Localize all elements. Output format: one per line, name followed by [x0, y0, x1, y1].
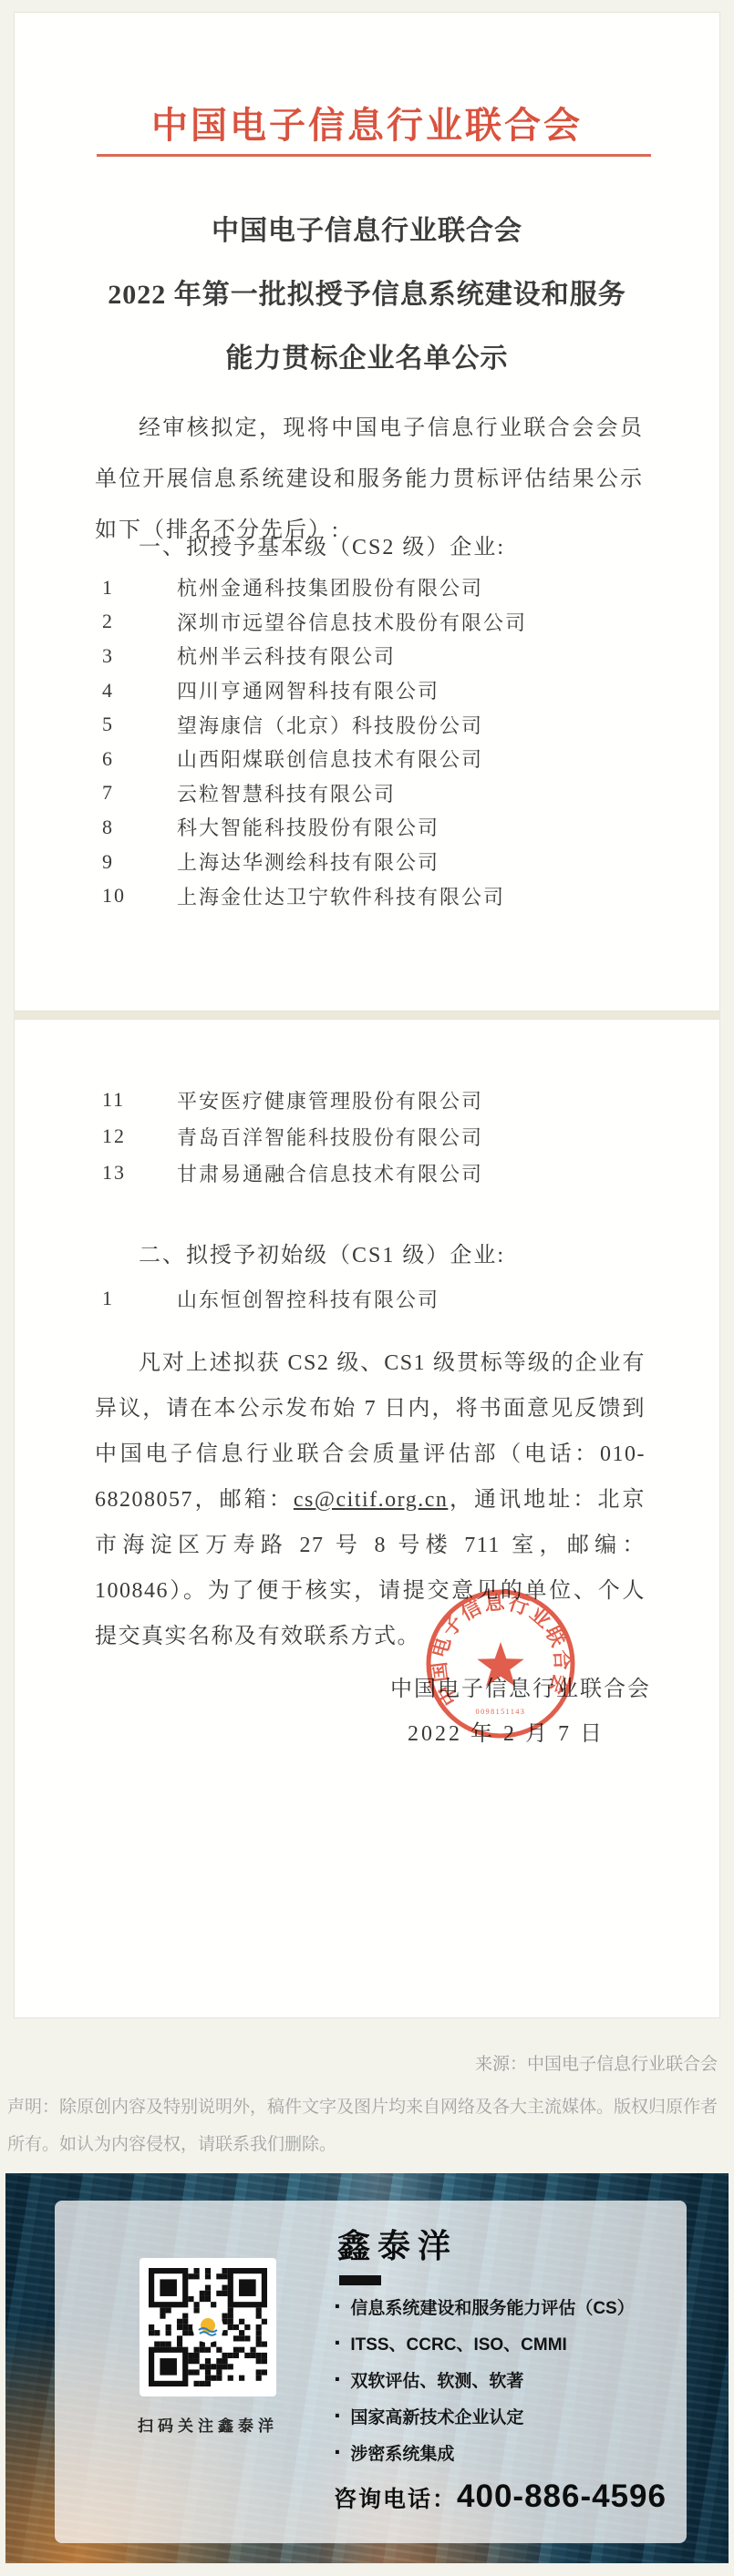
item-number: 7 [102, 781, 177, 805]
cs1-company-list: 1山东恒创智控科技有限公司 [102, 1280, 667, 1317]
item-number: 10 [102, 884, 177, 908]
seal-number: 0098151143 [476, 1708, 526, 1716]
list-item: 13甘肃易通融合信息技术有限公司 [102, 1155, 667, 1191]
list-item: 7云粒智慧科技有限公司 [102, 776, 667, 811]
list-item: 6山西阳煤联创信息技术有限公司 [102, 742, 667, 776]
scanned-page-1: 中国电子信息行业联合会 中国电子信息行业联合会 2022 年第一批拟授予信息系统… [14, 12, 720, 1011]
qr-center-logo [192, 2312, 223, 2343]
item-number: 9 [102, 850, 177, 874]
section-cs2-heading: 一、拟授予基本级（CS2 级）企业: [139, 529, 505, 560]
disclaimer-text: 声明：除原创内容及特别说明外，稿件文字及图片均来自网络及各大主流媒体。版权归原作… [7, 2089, 720, 2163]
item-number: 12 [102, 1124, 177, 1148]
item-name: 云粒智慧科技有限公司 [177, 779, 396, 807]
service-item: 涉密系统集成 [334, 2434, 680, 2470]
qr-finder-bl [149, 2347, 188, 2386]
list-item: 1杭州金通科技集团股份有限公司 [102, 570, 667, 605]
document-title: 中国电子信息行业联合会 2022 年第一批拟授予信息系统建设和服务 能力贯标企业… [15, 200, 719, 391]
list-item: 4四川亨通网智科技有限公司 [102, 673, 667, 708]
item-name: 四川亨通网智科技有限公司 [177, 676, 439, 704]
document-title-line3: 能力贯标企业名单公示 [15, 327, 719, 391]
item-number: 8 [102, 816, 177, 839]
service-item: 双软评估、软测、软著 [334, 2361, 680, 2397]
list-item: 2深圳市远望谷信息技术股份有限公司 [102, 605, 667, 640]
document-title-line2: 2022 年第一批拟授予信息系统建设和服务 [15, 263, 719, 327]
qr-finder-tl [149, 2268, 188, 2307]
page-gap [14, 1011, 720, 1019]
item-name: 山东恒创智控科技有限公司 [177, 1285, 439, 1313]
service-item: 国家高新技术企业认定 [334, 2397, 680, 2434]
qr-code-box [140, 2258, 276, 2396]
service-list: 信息系统建设和服务能力评估（CS） ITSS、CCRC、ISO、CMMI 双软评… [334, 2288, 680, 2470]
letterhead-rule [97, 154, 651, 157]
item-name: 杭州半云科技有限公司 [177, 641, 396, 670]
qr-finder-tr [228, 2268, 267, 2307]
item-name: 望海康信（北京）科技股份公司 [177, 711, 483, 739]
item-number: 3 [102, 644, 177, 668]
item-name: 科大智能科技股份有限公司 [177, 813, 439, 841]
item-name: 上海金仕达卫宁软件科技有限公司 [177, 882, 505, 910]
list-item: 1山东恒创智控科技有限公司 [102, 1280, 667, 1317]
list-item: 8科大智能科技股份有限公司 [102, 810, 667, 845]
scanned-page-2: 11平安医疗健康管理股份有限公司 12青岛百洋智能科技股份有限公司 13甘肃易通… [14, 1019, 720, 2018]
qr-caption: 扫码关注鑫泰洋 [105, 2413, 311, 2436]
service-item: 信息系统建设和服务能力评估（CS） [334, 2288, 680, 2325]
qr-code [149, 2268, 267, 2386]
brand-dash [339, 2275, 381, 2285]
service-item: ITSS、CCRC、ISO、CMMI [334, 2325, 680, 2361]
list-item: 5望海康信（北京）科技股份公司 [102, 707, 667, 742]
contact-email: cs@citif.org.cn [294, 1488, 448, 1512]
promo-card: 扫码关注鑫泰洋 鑫泰洋 信息系统建设和服务能力评估（CS） ITSS、CCRC、… [55, 2201, 687, 2543]
list-item: 3杭州半云科技有限公司 [102, 639, 667, 673]
item-name: 山西阳煤联创信息技术有限公司 [177, 744, 483, 773]
document-title-line1: 中国电子信息行业联合会 [15, 200, 719, 263]
brand-name: 鑫泰洋 [337, 2221, 458, 2267]
item-name: 上海达华测绘科技有限公司 [177, 847, 439, 876]
hotline-number: 400-886-4596 [457, 2479, 667, 2515]
letterhead-title: 中国电子信息行业联合会 [15, 97, 719, 149]
item-number: 4 [102, 679, 177, 703]
item-number: 13 [102, 1161, 177, 1185]
promo-banner: 扫码关注鑫泰洋 鑫泰洋 信息系统建设和服务能力评估（CS） ITSS、CCRC、… [5, 2173, 729, 2563]
cs2-company-list-continued: 11平安医疗健康管理股份有限公司 12青岛百洋智能科技股份有限公司 13甘肃易通… [102, 1082, 667, 1191]
item-name: 杭州金通科技集团股份有限公司 [177, 573, 483, 601]
item-name: 青岛百洋智能科技股份有限公司 [177, 1123, 483, 1151]
list-item: 9上海达华测绘科技有限公司 [102, 845, 667, 879]
hotline: 咨询电话： 400-886-4596 [334, 2479, 667, 2515]
list-item: 11平安医疗健康管理股份有限公司 [102, 1082, 667, 1118]
hotline-label: 咨询电话： [334, 2481, 457, 2514]
item-number: 1 [102, 576, 177, 600]
item-name: 平安医疗健康管理股份有限公司 [177, 1086, 483, 1114]
item-number: 6 [102, 747, 177, 771]
item-number: 2 [102, 610, 177, 633]
list-item: 12青岛百洋智能科技股份有限公司 [102, 1118, 667, 1155]
article-source: 来源：中国电子信息行业联合会 [475, 2050, 718, 2075]
item-number: 5 [102, 713, 177, 736]
official-seal: 中国电子信息行业联合会 0098151143 [423, 1586, 578, 1741]
item-name: 甘肃易通融合信息技术有限公司 [177, 1159, 483, 1187]
cs2-company-list: 1杭州金通科技集团股份有限公司 2深圳市远望谷信息技术股份有限公司 3杭州半云科… [102, 570, 667, 913]
item-number: 1 [102, 1287, 177, 1310]
article-page: 中国电子信息行业联合会 中国电子信息行业联合会 2022 年第一批拟授予信息系统… [0, 0, 734, 2576]
list-item: 10上海金仕达卫宁软件科技有限公司 [102, 878, 667, 913]
item-name: 深圳市远望谷信息技术股份有限公司 [177, 608, 527, 636]
item-number: 11 [102, 1088, 177, 1112]
section-cs1-heading: 二、拟授予初始级（CS1 级）企业: [139, 1237, 505, 1268]
